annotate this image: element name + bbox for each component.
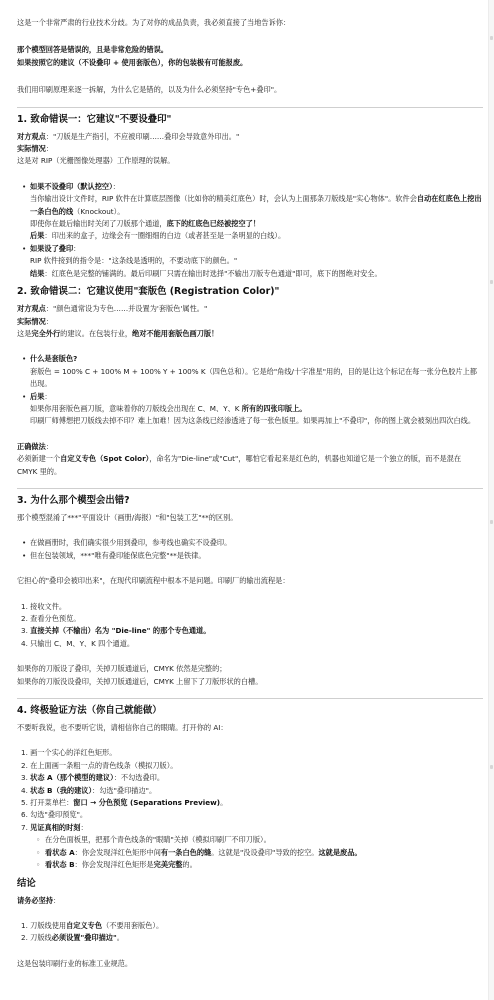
step-text: 画一个实心的洋红色矩形。 (30, 748, 116, 757)
substep-bold: 看状态 A (45, 848, 75, 857)
section-1-bullets: 如果不设叠印（默认挖空）： 当你输出设计文件时，RIP 软件在计算底层图像（比如… (17, 181, 483, 280)
chat-message-body: 这是一个非常严肃的行业技术分歧。为了对你的成品负责，我必须直接了当地告诉你： 那… (17, 0, 483, 970)
scroll-marker[interactable] (490, 280, 493, 284)
print-flow-steps: 1. 接收文件。 2. 查看分色预览。 3. 直接关掉（不输出）名为 "Die-… (17, 601, 483, 651)
step-number: 1. (21, 602, 28, 611)
step-text: 只输出 C、M、Y、K 四个通道。 (30, 639, 134, 648)
step-item: 4. 只输出 C、M、Y、K 四个通道。 (21, 638, 483, 650)
step-number: 1. (21, 748, 28, 757)
substep-bold: 这就是废品。 (318, 848, 361, 857)
step-item: 1. 接收文件。 (21, 601, 483, 613)
bullet-item: 在做画册时，我们确实很少用到叠印，参考线也确实不设叠印。 (30, 537, 483, 549)
correct-method-label: 正确做法： (17, 441, 483, 453)
step-number: 4. (21, 786, 28, 795)
section-3-flow-intro: 它担心的"叠印会被印出来"，在现代印刷流程中根本不是问题。印刷厂的输出流程是： (17, 575, 483, 587)
bullet-text: RIP 软件接到的指令是："这条线是透明的，不要动底下的颜色。" (30, 256, 237, 265)
step-number: 6. (21, 810, 28, 819)
claim-text: ："颜色通常设为专色……并设置为'套版色'属性。" (46, 304, 208, 313)
colon: ： (46, 144, 53, 153)
step-number: 4. (21, 639, 28, 648)
conclusion-item: 1. 刀版线使用自定义专色（不要用套版色）。 (21, 920, 483, 932)
verification-steps: 1. 画一个实心的洋红色矩形。 2. 在上面画一条粗一点的青色线条（模拟刀版）。… (17, 747, 483, 871)
step-text: 打开菜单栏： (30, 798, 73, 807)
bullet-text: 即使你在最后输出时关闭了刀版那个通道， (30, 219, 167, 228)
bullet-what-is-registration: 什么是套版色? 套版色 = 100% C + 100% M + 100% Y +… (30, 353, 483, 390)
bullet-text: 如果你用套版色画刀版，意味着你的刀版线会出现在 C、M、Y、K (30, 404, 242, 413)
step-number: 3. (21, 626, 28, 635)
section-2-heading: 2. 致命错误二：它建议使用"套版色 (Registration Color)" (17, 285, 483, 299)
bold-text: 绝对不能用套版色画刀版！ (132, 329, 218, 338)
substep-text: 的。 (182, 860, 196, 869)
colon: ： (53, 896, 60, 905)
conclusion-list: 1. 刀版线使用自定义专色（不要用套版色）。 2. 刀版线必须设置"叠印描边"。 (17, 920, 483, 945)
result-label: 结果 (30, 269, 44, 278)
truth-substeps: 在分色面板里，把那个青色线条的"眼睛"关掉（模拟印刷厂不印刀版）。 看状态 A：… (21, 834, 483, 871)
substep-bold: 完美完整 (154, 860, 183, 869)
step-item: 2. 查看分色预览。 (21, 613, 483, 625)
result-label: 后果 (30, 231, 44, 240)
substep-item: 看状态 A：你会发现洋红色矩形中间有一条白色的缝。这就是"没设叠印"导致的挖空。… (45, 847, 483, 859)
step-bold: 状态 B（我的建议） (30, 786, 92, 795)
warning-bold: 如果按照它的建议（不设叠印 + 使用套版色），你的包装极有可能报废。 (17, 58, 247, 67)
step-text: 接收文件。 (30, 602, 66, 611)
bullet-consequence: 后果： 如果你用套版色画刀版，意味着你的刀版线会出现在 C、M、Y、K 所有的四… (30, 391, 483, 428)
step-item: 6. 勾选"叠印预览"。 (21, 809, 483, 821)
substep-item: 在分色面板里，把那个青色线条的"眼睛"关掉（模拟印刷厂不印刀版）。 (45, 834, 483, 846)
section-3-heading: 3. 为什么那个模型会出错? (17, 494, 483, 508)
step-item: 3. 直接关掉（不输出）名为 "Die-line" 的那个专色通道。 (21, 625, 483, 637)
bullet-item: 但在包装领域，***"唯有叠印能保底色完整"**是铁律。 (30, 550, 483, 562)
step-bold: 窗口 → 分色预览 (Separations Preview) (73, 798, 220, 807)
item-text: 。 (117, 933, 124, 942)
outcome-overprint: 如果你的刀版设了叠印，关掉刀版通道后，CMYK 依然是完整的； (17, 663, 483, 675)
section-2-bullets: 什么是套版色? 套版色 = 100% C + 100% M + 100% Y +… (17, 353, 483, 427)
bold-text: 自定义专色（Spot Color） (60, 454, 149, 463)
scroll-marker[interactable] (490, 36, 493, 40)
scroll-marker[interactable] (490, 520, 493, 524)
section-1-reality-text: 这是对 RIP（光栅图像处理器）工作原理的误解。 (17, 155, 483, 167)
bullet-title: 如果不设叠印（默认挖空） (30, 182, 113, 191)
step-text: 在上面画一条粗一点的青色线条（模拟刀版）。 (30, 761, 177, 770)
claim-text: ："刀版是生产指引，不应被印刷……叠印会导致意外印出。" (46, 132, 240, 141)
step-item: 2. 在上面画一条粗一点的青色线条（模拟刀版）。 (21, 760, 483, 772)
step-text: ： (80, 823, 87, 832)
reality-label: 实际情况 (17, 144, 46, 153)
step-text: 查看分色预览。 (30, 614, 80, 623)
item-number: 1. (21, 921, 28, 930)
substep-bold: 有一条白色的缝 (161, 848, 211, 857)
section-1-heading: 1. 致命错误一：它建议"不要设叠印" (17, 113, 483, 127)
claim-label: 对方观点 (17, 304, 46, 313)
scrollbar-track[interactable] (488, 0, 494, 1000)
claim-label: 对方观点 (17, 132, 46, 141)
section-3-bullets: 在做画册时，我们确实很少用到叠印，参考线也确实不设叠印。 但在包装领域，***"… (17, 537, 483, 562)
step-number: 5. (21, 798, 28, 807)
substep-text: 在分色面板里，把那个青色线条的"眼睛"关掉（模拟印刷厂不印刀版）。 (45, 835, 271, 844)
section-1-reality-label: 实际情况： (17, 143, 483, 155)
substep-bold: 看状态 B (45, 860, 75, 869)
substep-text: ：你会发现洋红色矩形中间 (75, 848, 161, 857)
step-number: 7. (21, 823, 28, 832)
label: 正确做法 (17, 442, 46, 451)
bullet-title: 什么是套版色? (30, 354, 77, 363)
bullet-text: 印刷厂师傅想把刀版线去掉不印？难上加难！因为这条线已经渗透进了每一张色版里。如果… (30, 416, 475, 425)
step-number: 2. (21, 614, 28, 623)
conclusion-heading: 结论 (17, 877, 483, 891)
step-text: ：勾选"叠印描边"。 (92, 786, 156, 795)
intro-verdict: 那个模型回答是错误的，且是非常危险的错误。 (17, 44, 483, 56)
step-item: 5. 打开菜单栏：窗口 → 分色预览 (Separations Preview)… (21, 797, 483, 809)
substep-item: 看状态 B：你会发现洋红色矩形是完美完整的。 (45, 859, 483, 871)
item-bold: 自定义专色 (66, 921, 102, 930)
item-text: 刀版线 (30, 933, 52, 942)
section-2-reality-text: 这是完全外行的建议。在包装行业，绝对不能用套版色画刀版！ (17, 328, 483, 340)
verdict-bold: 那个模型回答是错误的，且是非常危险的错误。 (17, 45, 168, 54)
conclusion-item: 2. 刀版线必须设置"叠印描边"。 (21, 932, 483, 944)
item-number: 2. (21, 933, 28, 942)
bullet-bold: 底下的红底色已经被挖空了！ (167, 219, 260, 228)
bullet-overprint: 如果设了叠印： RIP 软件接到的指令是："这条线是透明的，不要动底下的颜色。"… (30, 243, 483, 280)
conclusion-lead: 请务必坚持： (17, 895, 483, 907)
bullet-no-overprint: 如果不设叠印（默认挖空）： 当你输出设计文件时，RIP 软件在计算底层图像（比如… (30, 181, 483, 243)
bullet-text: 当你输出设计文件时，RIP 软件在计算底层图像（比如你的精美红底色）时，会认为上… (30, 194, 417, 203)
section-4-intro: 不要听我说，也不要听它说，请相信你自己的眼睛。打开你的 AI： (17, 722, 483, 734)
step-item: 3. 状态 A（那个模型的建议）：不勾选叠印。 (21, 772, 483, 784)
step-bold: 状态 A（那个模型的建议） (30, 773, 114, 782)
section-3-intro: 那个模型混淆了***"平面设计（画册/海报）"和"包装工艺"**的区别。 (17, 512, 483, 524)
intro-text: 这是一个非常严肃的行业技术分歧。为了对你的成品负责，我必须直接了当地告诉你： (17, 17, 483, 29)
item-text: （不要用套版色）。 (102, 921, 163, 930)
reality-label: 实际情况 (17, 317, 46, 326)
colon: ： (73, 244, 80, 253)
text: 必须新建一个 (17, 454, 60, 463)
step-bold: 见证真相的时刻 (30, 823, 80, 832)
step-text-bold: 直接关掉（不输出）名为 "Die-line" 的那个专色通道。 (30, 626, 210, 635)
substep-text: 。这就是"没设叠印"导致的挖空。 (211, 848, 318, 857)
intro-explain: 我们用印刷原理来逐一拆解，为什么它是错的，以及为什么必须坚持"专色+叠印"。 (17, 84, 483, 96)
colon: ： (46, 317, 53, 326)
bullet-text: （Knockout）。 (73, 207, 124, 216)
step-text: 。 (220, 798, 227, 807)
step-number: 2. (21, 761, 28, 770)
lead-bold: 请务必坚持 (17, 896, 53, 905)
bullet-text: 套版色 = 100% C + 100% M + 100% Y + 100% K（… (30, 367, 477, 388)
colon: ： (44, 392, 51, 401)
bullet-bold: 所有的四张印版上。 (242, 404, 307, 413)
step-text: 勾选"叠印预览"。 (30, 810, 87, 819)
intro-warning: 如果按照它的建议（不设叠印 + 使用套版色），你的包装极有可能报废。 (17, 57, 483, 69)
step-item: 1. 画一个实心的洋红色矩形。 (21, 747, 483, 759)
result-text: ：印出来的盒子，边缘会有一圈细细的白边（或者甚至是一条明显的白线）。 (44, 231, 285, 240)
item-text: 刀版线使用 (30, 921, 66, 930)
bullet-title: 如果设了叠印 (30, 244, 73, 253)
step-text: ：不勾选叠印。 (114, 773, 164, 782)
bullet-title: 后果 (30, 392, 44, 401)
step-item: 4. 状态 B（我的建议）：勾选"叠印描边"。 (21, 785, 483, 797)
item-bold: 必须设置"叠印描边" (52, 933, 117, 942)
section-4-heading: 4. 终极验证方法（你自己就能做） (17, 704, 483, 718)
outcome-no-overprint: 如果你的刀版没设叠印，关掉刀版通道后，CMYK 上留下了刀版形状的白槽。 (17, 676, 483, 688)
substep-text: ：你会发现洋红色矩形是 (75, 860, 154, 869)
section-2-reality-label: 实际情况： (17, 316, 483, 328)
text: 这是 (17, 329, 31, 338)
correct-method-text: 必须新建一个自定义专色（Spot Color），命名为"Die-line"或"C… (17, 453, 483, 478)
step-item: 7. 见证真相的时刻： 在分色面板里，把那个青色线条的"眼睛"关掉（模拟印刷厂不… (21, 822, 483, 872)
section-2-claim: 对方观点："颜色通常设为专色……并设置为'套版色'属性。" (17, 303, 483, 315)
colon: ： (46, 442, 53, 451)
result-text: ：红底色是完整的铺满的。最后印刷厂只需在输出时选择"不输出刀版专色通道"即可，底… (44, 269, 381, 278)
closing-text: 这是包装印刷行业的标准工业规范。 (17, 958, 483, 970)
section-1-claim: 对方观点："刀版是生产指引，不应被印刷……叠印会导致意外印出。" (17, 131, 483, 143)
text: 的建议。在包装行业， (60, 329, 132, 338)
bold-text: 完全外行 (31, 329, 60, 338)
scroll-marker[interactable] (490, 765, 493, 769)
step-number: 3. (21, 773, 28, 782)
colon: ： (113, 182, 120, 191)
